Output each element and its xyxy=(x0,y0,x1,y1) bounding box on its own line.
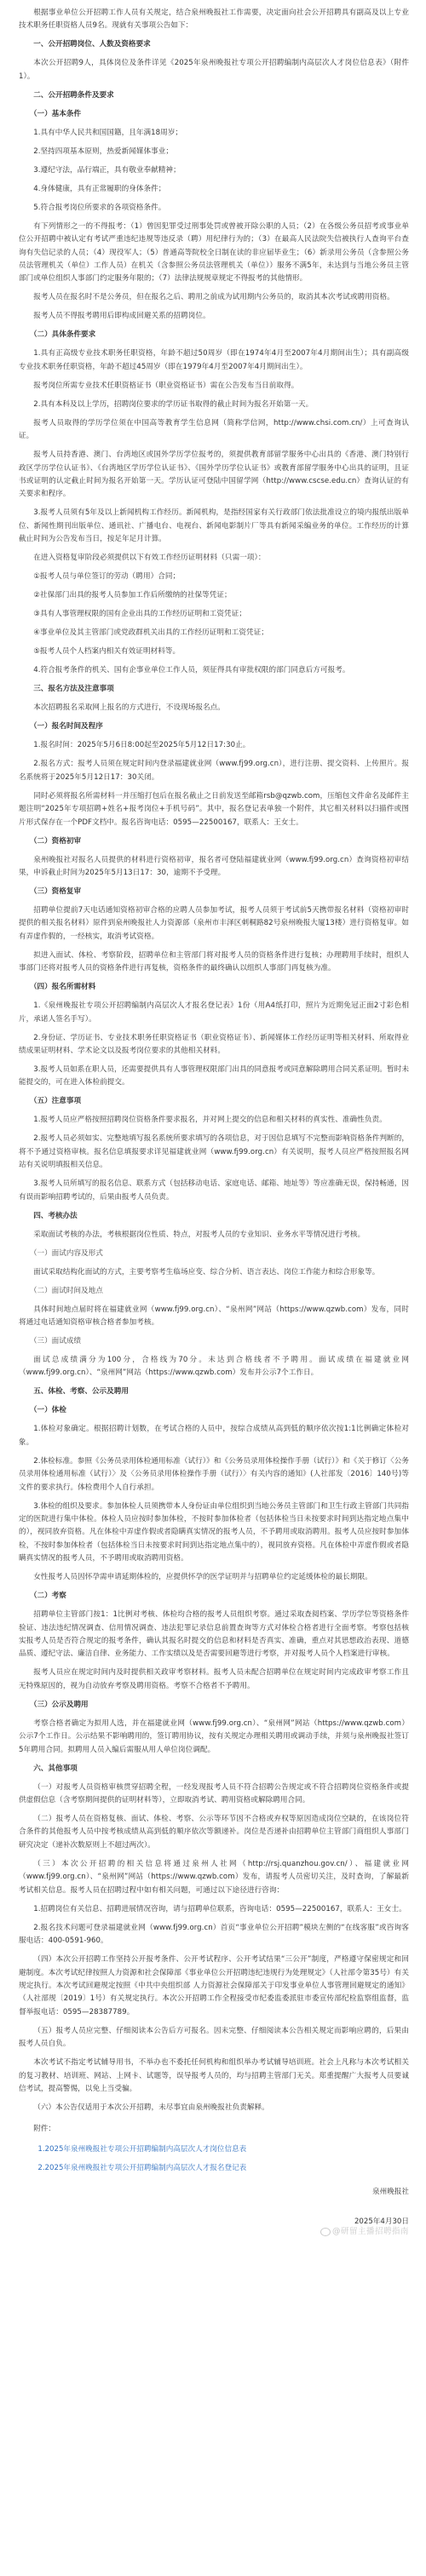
section-2-title: 二、公开招聘条件及要求 xyxy=(19,89,409,102)
other-item-3-contact-1: 1.招聘岗位有关信息、招聘进展情况咨询，请与招聘单位联系，咨询电话：0595—2… xyxy=(19,1903,409,1916)
work-proof-item-3: ③具有人事管理权限的国有企业出具的工作经历证明和工资凭证； xyxy=(19,608,409,621)
other-item-6: （六）本公告仅适用于本次公开招聘，未尽事宜由泉州晚报社负责解释。 xyxy=(19,2102,409,2114)
section-5-sub3-title: （三）公示及聘用 xyxy=(19,1699,409,1712)
note-1: 1.报考人员应严格按照招聘岗位资格条件要求报名，并对网上提交的信息和相关材料的真… xyxy=(19,1114,409,1127)
interview-time-place: 具体时间地点届时将在福建就业网（www.fj99.org.cn）、“泉州网”网站… xyxy=(19,1304,409,1330)
medical-exam-1: 1.体检对象确定。根据招聘计划数，在考试合格的人员中，按综合成绩从高到低的顺序依… xyxy=(19,1423,409,1449)
avoidance-paragraph: 报考人员不得报考聘用后即构成回避关系的招聘岗位。 xyxy=(19,310,409,323)
section-1-title: 一、公开招聘岗位、人数及资格要求 xyxy=(19,38,409,51)
registration-email: 同时必须将报名所需材料一并压缩打包后在报名截止之日前发送至邮箱rsb@qzwb.… xyxy=(19,790,409,829)
section-3-title: 三、报名方法及注意事项 xyxy=(19,683,409,696)
weibo-icon xyxy=(320,2228,331,2236)
material-2: 2.身份证、学历证书、专业技术职务任职资格证书（职业资格证书）、新闻媒体工作经历… xyxy=(19,1032,409,1059)
section-5-title: 五、体检、考察、公示及聘用 xyxy=(19,1386,409,1398)
signature-org: 泉州晚报社 xyxy=(19,2186,409,2199)
signature-block: 泉州晚报社 2025年4月30日 xyxy=(19,2186,409,2229)
preliminary-review: 泉州晚报社对报名人员提供的材料进行资格初审，报名者可登陆福建就业网（www.fj… xyxy=(19,854,409,881)
work-proof-item-1: ①报考人员与单位签订的劳动（聘用）合同； xyxy=(19,571,409,583)
inspection-1: 招聘单位主管部门按1：1比例对考核、体检均合格的报考人员组织考察。通过采取查阅档… xyxy=(19,1609,409,1661)
attachments-label: 附件： xyxy=(19,2123,409,2136)
section-2-sub2-title: （二）具体条件要求 xyxy=(19,329,409,341)
attachment-link-registration-form[interactable]: 2.2025年泉州晚报社专项公开招聘编制内高层次人才报名登记表 xyxy=(19,2162,409,2175)
specific-condition-4: 4.符合报考条件的机关、国有企事业单位工作人员，须征得具有审批权限的部门同意后方… xyxy=(19,664,409,677)
medical-exam-2: 2.体检标准。参照《公务员录用体检通用标准（试行）》和《公务员录用体检操作手册（… xyxy=(19,1455,409,1495)
section-4-sub1-title: （一）面试内容及形式 xyxy=(19,1248,409,1260)
section-3-sub3-title: （三）资格复审 xyxy=(19,886,409,898)
material-3: 3.报考人员如系在职人员，还需要提供具有人事管理权限部门出具的同意报考或同意解除… xyxy=(19,1064,409,1090)
basic-condition-2: 2.坚持四项基本原则，热爱新闻媒体事业； xyxy=(19,146,409,158)
section-4-sub2-title: （二）面试时间及地点 xyxy=(19,1285,409,1298)
publicity-hiring: 考察合格者确定为拟用人选，并在福建就业网（www.fj99.org.cn）、“泉… xyxy=(19,1718,409,1757)
note-2: 2.报考人员必须如实、完整地填写报名系统所要求填写的各项信息，对于因信息填写不完… xyxy=(19,1133,409,1172)
section-3-sub2-title: （二）资格初审 xyxy=(19,835,409,848)
section-4-sub3-title: （三）面试成绩 xyxy=(19,1335,409,1348)
work-proof-item-2: ②社保部门出具的报考人员参加工作后所缴纳的社保等凭证； xyxy=(19,589,409,602)
section-1-body: 本次公开招聘9人，具体岗位及条件详见《2025年泉州晚报社专项公开招聘编制内高层… xyxy=(19,57,409,83)
material-1: 1.《泉州晚报社专项公开招聘编制内高层次人才报名登记表》1份（用A4纸打印，照片… xyxy=(19,1000,409,1026)
inspection-2: 报考人员应在规定时间内及时提供相关政审考察材料。报考人员未配合招聘单位在规定时间… xyxy=(19,1667,409,1693)
section-2-sub1-title: （一）基本条件 xyxy=(19,108,409,121)
attachment-link-position-table[interactable]: 1.2025年泉州晚报社专项公开招聘编制内高层次人才岗位信息表 xyxy=(19,2143,409,2156)
medical-exam-3: 3.体检的组织及要求。参加体检人员须携带本人身份证由单位组织到当地公务员主管部门… xyxy=(19,1500,409,1566)
note-3: 3.报考人员所填写的报名信息、联系方式（包括移动电话、家庭电话、邮箱、地址等）等… xyxy=(19,1178,409,1204)
section-3-sub4-title: （四）报名所需材料 xyxy=(19,981,409,994)
interview-content: 面试采取结构化面试的方式，主要考察考生临场应变、综合分析、语言表达、岗位工作能力… xyxy=(19,1266,409,1279)
watermark: @研留主播招聘指南 xyxy=(19,2225,409,2238)
interview-score: 面试总成绩满分为100分，合格线为70分。未达到合格线者不予聘用。面试成绩在福建… xyxy=(19,1354,409,1380)
section-4-intro: 采取面试考核的办法，考核根据岗位性质、特点，对报考人员的专业知识、业务水平等情况… xyxy=(19,1229,409,1242)
exclusions-paragraph: 有下列情形之一的不得报考：（1）曾因犯罪受过刑事处罚或曾被开除公职的人员；（2）… xyxy=(19,221,409,286)
specific-condition-3: 3.报考人员须有5年及以上新闻机构工作经历。新闻机构，是指经国家有关行政部门依法… xyxy=(19,507,409,546)
basic-condition-4: 4.身体健康，具有正常履职的身体条件； xyxy=(19,183,409,196)
other-item-2: （二）报考人员在资格复核、面试、体检、考察、公示等环节因不合格或弃权等原因造成岗… xyxy=(19,1813,409,1852)
section-5-sub2-title: （二）考察 xyxy=(19,1590,409,1603)
specific-condition-1-note: 报考岗位所需专业技术任职资格证书（职业资格证书）需在公告发布当日前取得。 xyxy=(19,380,409,393)
specific-condition-3-intro: 在进入资格复审阶段必须提供以下有效工作经历证明材料（只需一项）： xyxy=(19,552,409,565)
section-5-sub1-title: （一）体检 xyxy=(19,1404,409,1417)
work-proof-item-4: ④事业单位及其主管部门或党政群机关出具的工作经历证明和工资凭证； xyxy=(19,627,409,640)
intro-paragraph: 根据事业单位公开招聘工作人员有关规定，结合泉州晚报社工作需要，决定面向社会公开招… xyxy=(19,7,409,33)
watermark-text: @研留主播招聘指南 xyxy=(332,2227,409,2236)
fraud-warning: 本次考试不指定考试辅导用书，不举办也不委托任何机构和组织举办考试辅导培训班。社会… xyxy=(19,2057,409,2096)
section-4-title: 四、考核办法 xyxy=(19,1210,409,1223)
section-3-intro: 本次招聘报名采取网上报名的方式进行，不设现场报名点。 xyxy=(19,702,409,714)
basic-condition-5: 5.符合报考岗位所要求的各项资格条件。 xyxy=(19,202,409,215)
other-item-4: （四）本次公开招聘工作坚持公开报考条件、公开考试程序、公开考试结果“三公开”制度… xyxy=(19,1954,409,2019)
re-review-2: 拟进入面试、体检、考察阶段，招聘单位和主管部门将对报考人员的资格条件进行复核；办… xyxy=(19,950,409,976)
other-item-5: （五）报考人员应完整、仔细阅读本公告后方可报名。因未完整、仔细阅读本公告相关规定… xyxy=(19,2025,409,2051)
other-item-3: （三）本次公开招聘的相关信息将通过泉州人社网（http://rsj.quanzh… xyxy=(19,1858,409,1897)
civil-servant-paragraph: 报考人员在报名时不是公务员，但在报名之后、聘用之前成为试用期内公务员的，取消其本… xyxy=(19,291,409,304)
announcement-document: 根据事业单位公开招聘工作人员有关规定，结合泉州晚报社工作需要，决定面向社会公开招… xyxy=(0,0,426,2249)
specific-condition-2-note-2: 报考人员持香港、澳门、台湾地区或国外学历学位报考的，须提供教育部留学服务中心出具… xyxy=(19,449,409,502)
work-proof-item-5: ⑤报考人员个人档案内相关有效证明材料等。 xyxy=(19,645,409,658)
section-6-title: 六、其他事项 xyxy=(19,1763,409,1776)
re-review-1: 招聘单位提前7天电话通知资格初审合格的应聘人员参加考试，报考人员须于考试前5天携… xyxy=(19,904,409,944)
specific-condition-2: 2.具有本科及以上学历，招聘岗位要求的学历证书取得的截止时间为报名开始第一天。 xyxy=(19,399,409,411)
specific-condition-1: 1.具有正高级专业技术职务任职资格，年龄不超过50周岁（即在1974年4月至20… xyxy=(19,347,409,374)
other-item-3-contact-2: 2.报名技术问题可登录福建就业网（www.fj99.org.cn）首页“事业单位… xyxy=(19,1922,409,1948)
section-3-sub5-title: （五）注意事项 xyxy=(19,1095,409,1108)
registration-method: 2.报名方式：报考人员须在规定时间内登录福建就业网（www.fj99.org.c… xyxy=(19,758,409,784)
medical-exam-female: 女性报考人员因怀孕需申请延期体检的，应提供怀孕的医学证明并与招聘单位约定延缓体检… xyxy=(19,1571,409,1584)
specific-condition-2-note-1: 报考人员取得的学历学位须在中国高等教育学生信息网（简称学信网，http://ww… xyxy=(19,417,409,444)
section-3-sub1-title: （一）报名时间及程序 xyxy=(19,720,409,733)
registration-time: 1.报名时间：2025年5月6日8:00起至2025年5月12日17:30止。 xyxy=(19,739,409,752)
basic-condition-1: 1.具有中华人民共和国国籍，且年满18周岁； xyxy=(19,127,409,140)
other-item-1: （一）对报考人员资格审核贯穿招聘全程，一经发现报考人员不符合招聘公告规定或不符合… xyxy=(19,1781,409,1808)
basic-condition-3: 3.遵纪守法，品行端正，具有敬业奉献精神； xyxy=(19,164,409,177)
